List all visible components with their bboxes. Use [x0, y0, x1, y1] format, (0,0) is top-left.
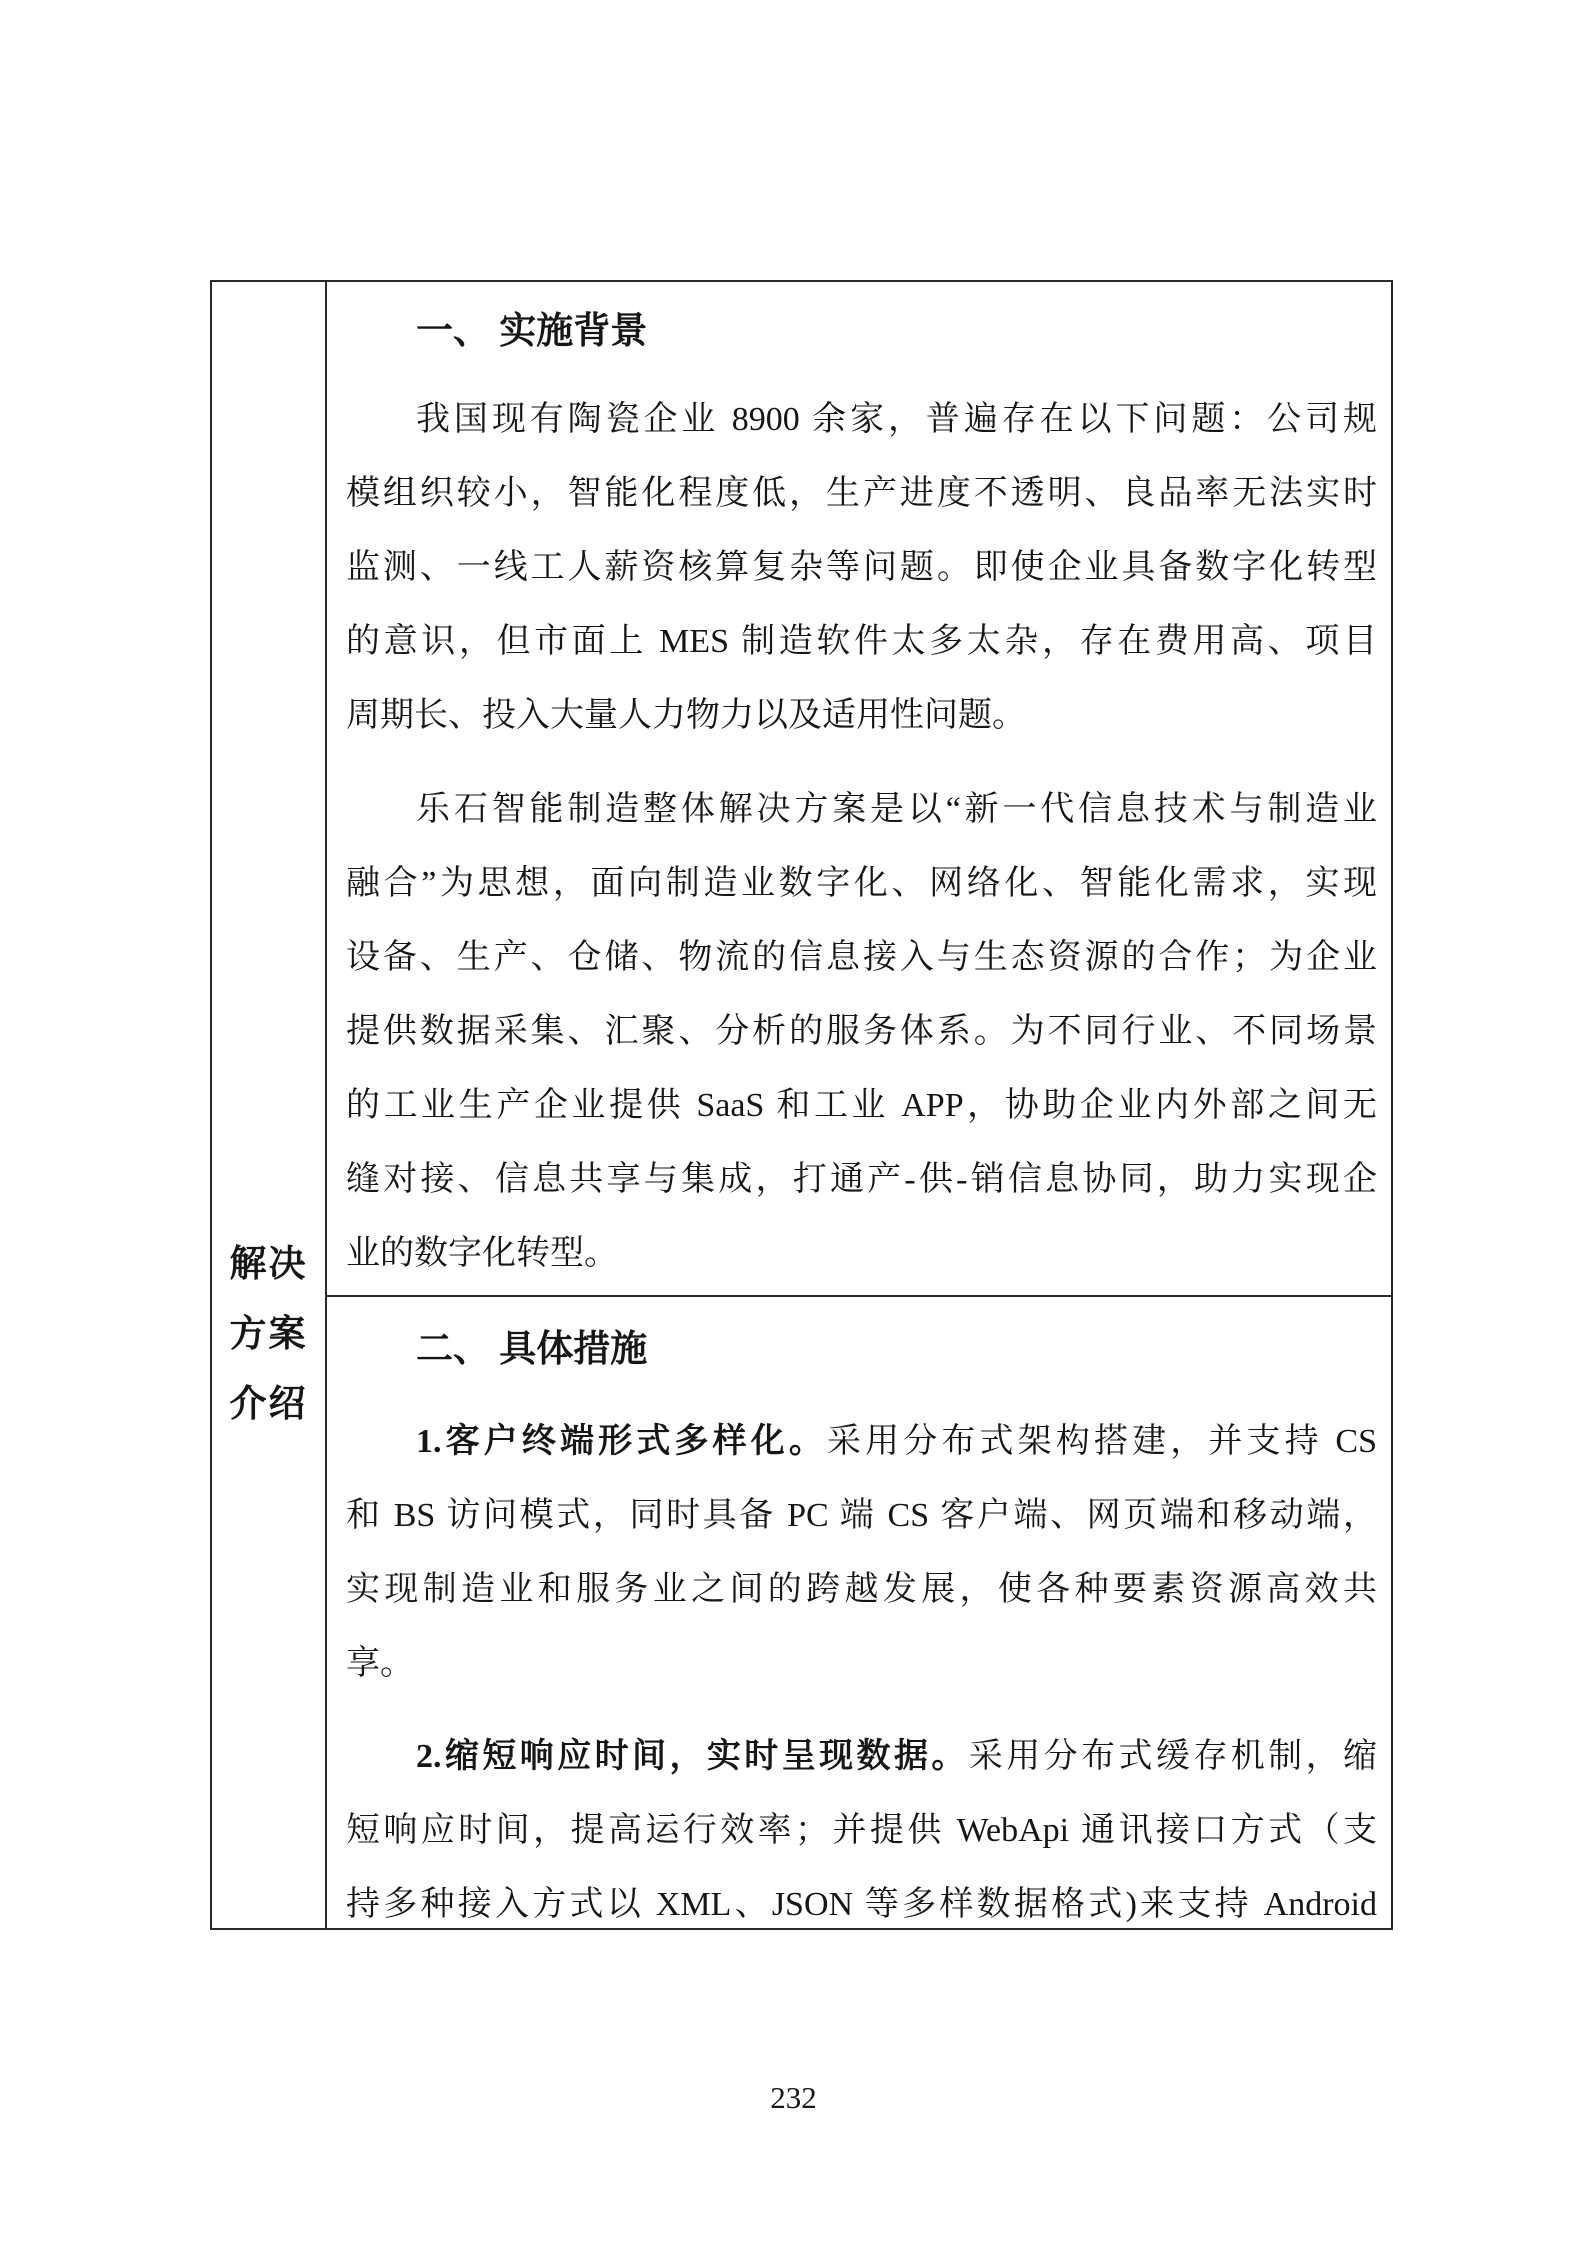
paragraph-line: 提供数据采集、汇聚、分析的服务体系。为不同行业、不同场景: [346, 995, 1377, 1069]
paragraph-line: 缝对接、信息共享与集成，打通产-供-销信息协同，助力实现企: [346, 1143, 1377, 1217]
paragraph-line: 业的数字化转型。: [346, 1217, 1377, 1291]
table-cell-specific-measures: 二、 具体措施 1.客户终端形式多样化。采用分布式架构搭建，并支持 CS 和 B…: [327, 1297, 1391, 1928]
paragraph-line: 模组织较小，智能化程度低，生产进度不透明、良品率无法实时: [346, 457, 1377, 531]
paragraph-lead-bold: 2.缩短响应时间，实时呈现数据。: [416, 1738, 969, 1775]
solution-table: 解决 方案 介绍 一、 实施背景 我国现有陶瓷企业 8900 余家，普遍存在以下…: [210, 280, 1393, 1930]
table-cell-implementation-background: 一、 实施背景 我国现有陶瓷企业 8900 余家，普遍存在以下问题：公司规 模组…: [327, 282, 1391, 1297]
table-row-header-cell: 解决 方案 介绍: [212, 282, 327, 1928]
row-header-label-line: 介绍: [212, 1370, 325, 1440]
paragraph-line: 享。: [346, 1627, 1377, 1701]
row-header-label: 解决 方案 介绍: [212, 1230, 325, 1440]
paragraph: 2.缩短响应时间，实时呈现数据。采用分布式缓存机制，缩 短响应时间，提高运行效率…: [346, 1720, 1377, 1928]
page-number: 232: [0, 2080, 1587, 2116]
paragraph-line-rest: 采用分布式缓存机制，缩: [969, 1738, 1377, 1775]
row-header-label-line: 解决: [212, 1230, 325, 1300]
paragraph-line: 我国现有陶瓷企业 8900 余家，普遍存在以下问题：公司规: [346, 383, 1377, 457]
paragraph-lead-bold: 1.客户终端形式多样化。: [416, 1423, 827, 1460]
paragraph-line: 持多种接入方式以 XML、JSON 等多样数据格式)来支持 Android: [346, 1868, 1377, 1928]
paragraph-line: 的工业生产企业提供 SaaS 和工业 APP，协助企业内外部之间无: [346, 1069, 1377, 1143]
paragraph-line: 设备、生产、仓储、物流的信息接入与生态资源的合作；为企业: [346, 921, 1377, 995]
paragraph: 1.客户终端形式多样化。采用分布式架构搭建，并支持 CS 和 BS 访问模式，同…: [346, 1405, 1377, 1701]
paragraph-line: 周期长、投入大量人力物力以及适用性问题。: [346, 679, 1377, 753]
paragraph: 乐石智能制造整体解决方案是以“新一代信息技术与制造业 融合”为思想，面向制造业数…: [346, 773, 1377, 1291]
paragraph-line: 融合”为思想，面向制造业数字化、网络化、智能化需求，实现: [346, 847, 1377, 921]
section-heading: 二、 具体措施: [346, 1322, 1377, 1378]
section-heading: 一、 实施背景: [346, 304, 1377, 360]
row-header-label-line: 方案: [212, 1300, 325, 1370]
paragraph-line: 乐石智能制造整体解决方案是以“新一代信息技术与制造业: [346, 773, 1377, 847]
paragraph-line: 1.客户终端形式多样化。采用分布式架构搭建，并支持 CS: [346, 1405, 1377, 1479]
paragraph-line: 实现制造业和服务业之间的跨越发展，使各种要素资源高效共: [346, 1553, 1377, 1627]
paragraph-line: 短响应时间，提高运行效率；并提供 WebApi 通讯接口方式（支: [346, 1794, 1377, 1868]
paragraph: 我国现有陶瓷企业 8900 余家，普遍存在以下问题：公司规 模组织较小，智能化程…: [346, 383, 1377, 753]
document-page: 解决 方案 介绍 一、 实施背景 我国现有陶瓷企业 8900 余家，普遍存在以下…: [0, 0, 1587, 2245]
paragraph-line: 和 BS 访问模式，同时具备 PC 端 CS 客户端、网页端和移动端，: [346, 1479, 1377, 1553]
paragraph-line-rest: 采用分布式架构搭建，并支持 CS: [827, 1423, 1377, 1460]
paragraph-line: 2.缩短响应时间，实时呈现数据。采用分布式缓存机制，缩: [346, 1720, 1377, 1794]
paragraph-line: 的意识，但市面上 MES 制造软件太多太杂，存在费用高、项目: [346, 605, 1377, 679]
paragraph-line: 监测、一线工人薪资核算复杂等问题。即使企业具备数字化转型: [346, 531, 1377, 605]
